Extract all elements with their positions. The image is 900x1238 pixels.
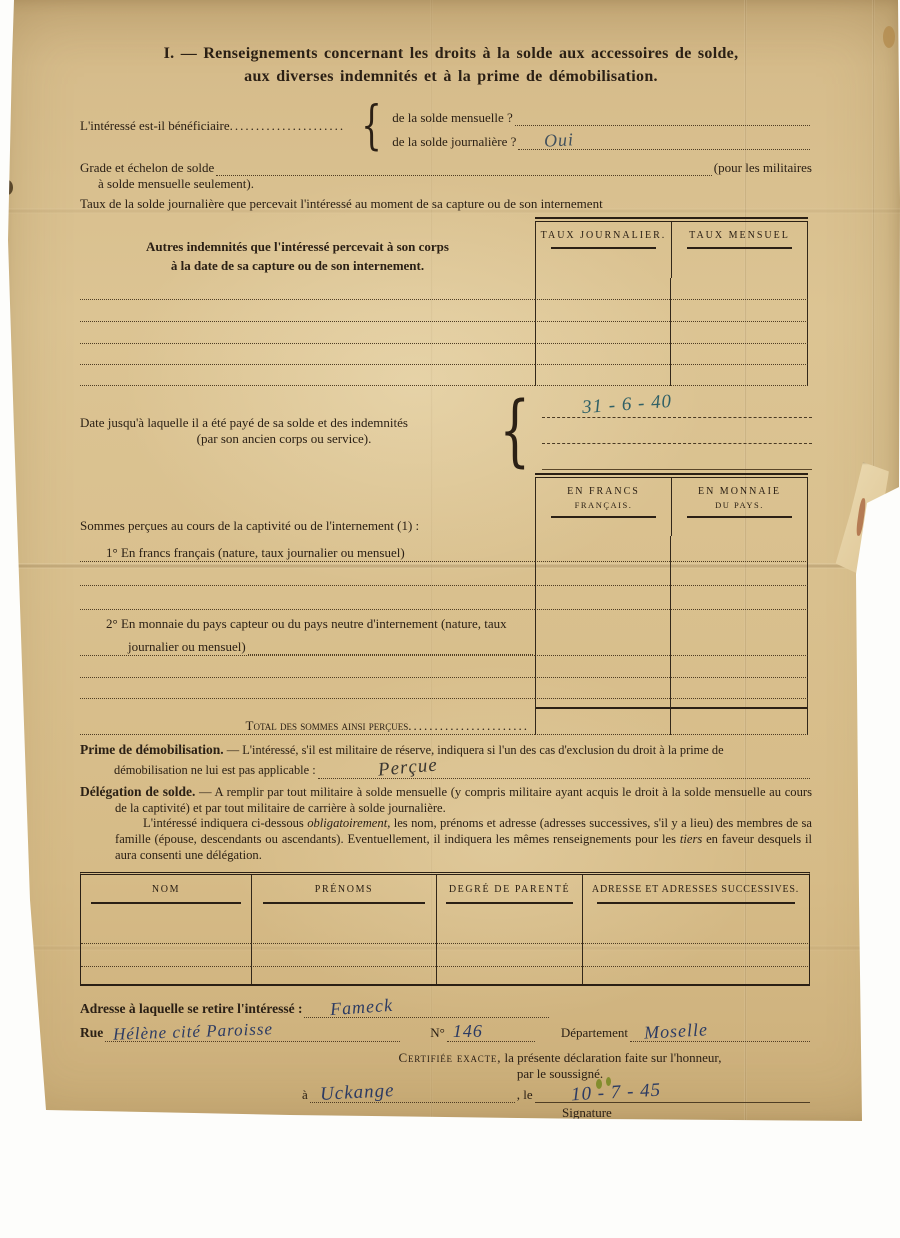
edge-stain xyxy=(2,180,13,195)
rue-label: Rue xyxy=(80,1025,103,1042)
date-paid-line2: (par son ancien corps ou service). xyxy=(80,431,488,447)
solde-journaliere-label: de la solde journalière ? xyxy=(392,134,516,150)
grade-block: Grade et échelon de solde (pour les mili… xyxy=(80,158,812,176)
edge-stain xyxy=(3,556,13,566)
indemnites-row xyxy=(80,365,808,386)
numero-label: N° xyxy=(430,1025,445,1041)
date-paid-field-2 xyxy=(542,418,812,444)
place-date-block: à Uckange , le 10 - 7 - 45 xyxy=(302,1081,812,1103)
sommes-row xyxy=(80,678,808,699)
family-row xyxy=(81,944,809,967)
sommes-row-item1: 1° En francs français (nature, taux jour… xyxy=(80,536,808,562)
scanned-form-paper: I. — Renseignements concernant les droit… xyxy=(0,0,900,1125)
delegation-block: Délégation de solde. — A remplir par tou… xyxy=(80,784,812,864)
col-adresse: ADRESSE ET ADRESSES SUCCESSIVES. xyxy=(582,875,808,917)
handwriting-percue: Perçue xyxy=(377,753,439,782)
col-taux-journalier: TAUX JOURNALIER. xyxy=(536,222,671,278)
beneficiary-block: L'intéressé est-il bénéficiaire.........… xyxy=(80,100,812,152)
date-paid-field-3 xyxy=(542,444,812,470)
prime-text2: démobilisation ne lui est pas applicable… xyxy=(80,763,316,779)
grade-label: Grade et échelon de solde xyxy=(80,160,214,176)
date-paid-block: Date jusqu'à laquelle il a été payé de s… xyxy=(80,392,812,470)
footnote-rule xyxy=(80,1160,230,1162)
street-block: Rue Hélène cité Paroisse N° 146 Départem… xyxy=(80,1020,812,1042)
handwriting-city: Fameck xyxy=(330,994,394,1021)
edge-stain xyxy=(0,276,9,289)
footnote: (1) Pour les sommes perçues en francs fr… xyxy=(80,1165,812,1194)
indemnites-row xyxy=(80,300,808,322)
sommes-row xyxy=(80,656,808,678)
col-prenoms: PRÉNOMS xyxy=(251,875,436,917)
total-label: Total des sommes ainsi perçues xyxy=(246,718,409,734)
leader-dots: ...................... xyxy=(230,118,346,134)
col-degre-parente: DEGRÉ DE PARENTÉ xyxy=(436,875,582,917)
form-title-line1: I. — Renseignements concernant les droit… xyxy=(90,42,812,65)
departement-field: Moselle xyxy=(630,1027,810,1042)
corner-stain xyxy=(883,26,895,48)
solde-journaliere-field: Oui xyxy=(518,135,810,150)
indemnites-desc-line2: à la date de sa capture ou de son intern… xyxy=(90,256,505,276)
beneficiary-question: L'intéressé est-il bénéficiaire xyxy=(80,118,230,134)
left-brace: { xyxy=(361,100,382,152)
family-row xyxy=(81,967,809,984)
certification-block: Certifiée exacte, la présente déclaratio… xyxy=(308,1050,812,1084)
numero-field: 146 xyxy=(447,1027,535,1042)
left-brace: { xyxy=(499,392,530,470)
sommes-row xyxy=(80,562,808,586)
delegation-p2: L'intéressé indiquera ci-dessous obligat… xyxy=(80,816,812,863)
handwriting-place: Uckange xyxy=(319,1079,395,1107)
a-label: à xyxy=(302,1087,308,1103)
handwriting-sign-date: 10 - 7 - 45 xyxy=(570,1078,661,1106)
taux-journaliere-line: Taux de la solde journalière que perceva… xyxy=(80,196,812,212)
footnote-underlined: sans conversion en monnaie française. xyxy=(293,1180,458,1192)
prime-field: Perçue xyxy=(318,764,810,779)
solde-mensuelle-label: de la solde mensuelle ? xyxy=(392,110,513,126)
sommes-row xyxy=(80,586,808,610)
sommes-thick-rule-row xyxy=(80,699,808,709)
date-paid-line1: Date jusqu'à laquelle il a été payé de s… xyxy=(80,415,488,431)
indemnites-table: Autres indemnités que l'intéressé percev… xyxy=(80,222,808,386)
handwriting-rue: Hélène cité Paroisse xyxy=(113,1019,274,1046)
form-title: I. — Renseignements concernant les droit… xyxy=(90,42,812,88)
total-dots: ....................... xyxy=(408,718,529,734)
sommes-total-row: Total des sommes ainsi perçues .........… xyxy=(80,709,808,735)
vertical-crease-right xyxy=(872,0,875,490)
grade-note: (pour les militaires xyxy=(714,160,812,176)
paper-tear xyxy=(831,462,889,580)
family-table: NOM PRÉNOMS DEGRÉ DE PARENTÉ ADRESSE ET … xyxy=(80,872,810,986)
rue-field: Hélène cité Paroisse xyxy=(105,1027,400,1042)
col-taux-mensuel: TAUX MENSUEL xyxy=(671,222,807,278)
handwriting-departement: Moselle xyxy=(643,1018,708,1044)
delegation-p1: — A remplir par tout militaire à solde m… xyxy=(115,785,812,815)
family-row xyxy=(81,917,809,944)
sommes-row-item2a: 2° En monnaie du pays capteur ou du pays… xyxy=(80,610,808,634)
indemnites-row xyxy=(80,344,808,365)
address-label: Adresse à laquelle se retire l'intéressé… xyxy=(80,1001,302,1018)
form-title-line2: aux diverses indemnités et à la prime de… xyxy=(90,65,812,88)
delegation-heading: Délégation de solde. xyxy=(80,784,195,799)
address-city-field: Fameck xyxy=(304,1003,549,1018)
address-block: Adresse à laquelle se retire l'intéressé… xyxy=(80,998,812,1018)
handwriting-numero: 146 xyxy=(453,1020,483,1043)
place-field: Uckange xyxy=(310,1088,515,1103)
indemnites-row xyxy=(80,322,808,344)
handwriting-oui: Oui xyxy=(544,128,575,152)
sommes-intro: Sommes perçues au cours de la captivité … xyxy=(80,518,535,534)
prime-heading: Prime de démobilisation. xyxy=(80,742,224,757)
date-field: 10 - 7 - 45 xyxy=(535,1088,810,1103)
departement-label: Département xyxy=(561,1025,628,1041)
sommes-row-item2b: journalier ou mensuel) xyxy=(80,634,808,656)
grade-field xyxy=(216,161,712,176)
prime-block: Prime de démobilisation. — L'intéressé, … xyxy=(80,742,812,779)
certifiee-exacte: Certifiée exacte, xyxy=(399,1050,502,1065)
solde-mensuelle-field xyxy=(515,111,810,126)
col-en-francs: EN FRANCS FRANÇAIS. xyxy=(536,478,671,536)
grade-note2: à solde mensuelle seulement). xyxy=(80,176,812,192)
sommes-table: Sommes perçues au cours de la captivité … xyxy=(80,478,808,735)
indemnites-row xyxy=(80,278,808,300)
date-paid-field: 31 - 6 - 40 xyxy=(542,392,812,418)
le-label: , le xyxy=(517,1087,533,1103)
prime-text1: — L'intéressé, s'il est militaire de rés… xyxy=(227,743,724,757)
cert-rest: la présente déclaration faite sur l'honn… xyxy=(501,1050,721,1065)
col-en-monnaie: EN MONNAIE DU PAYS. xyxy=(671,478,807,536)
handwriting-date-paid: 31 - 6 - 40 xyxy=(581,390,673,420)
indemnites-desc-line1: Autres indemnités que l'intéressé percev… xyxy=(90,237,505,257)
col-nom: NOM xyxy=(81,875,251,917)
